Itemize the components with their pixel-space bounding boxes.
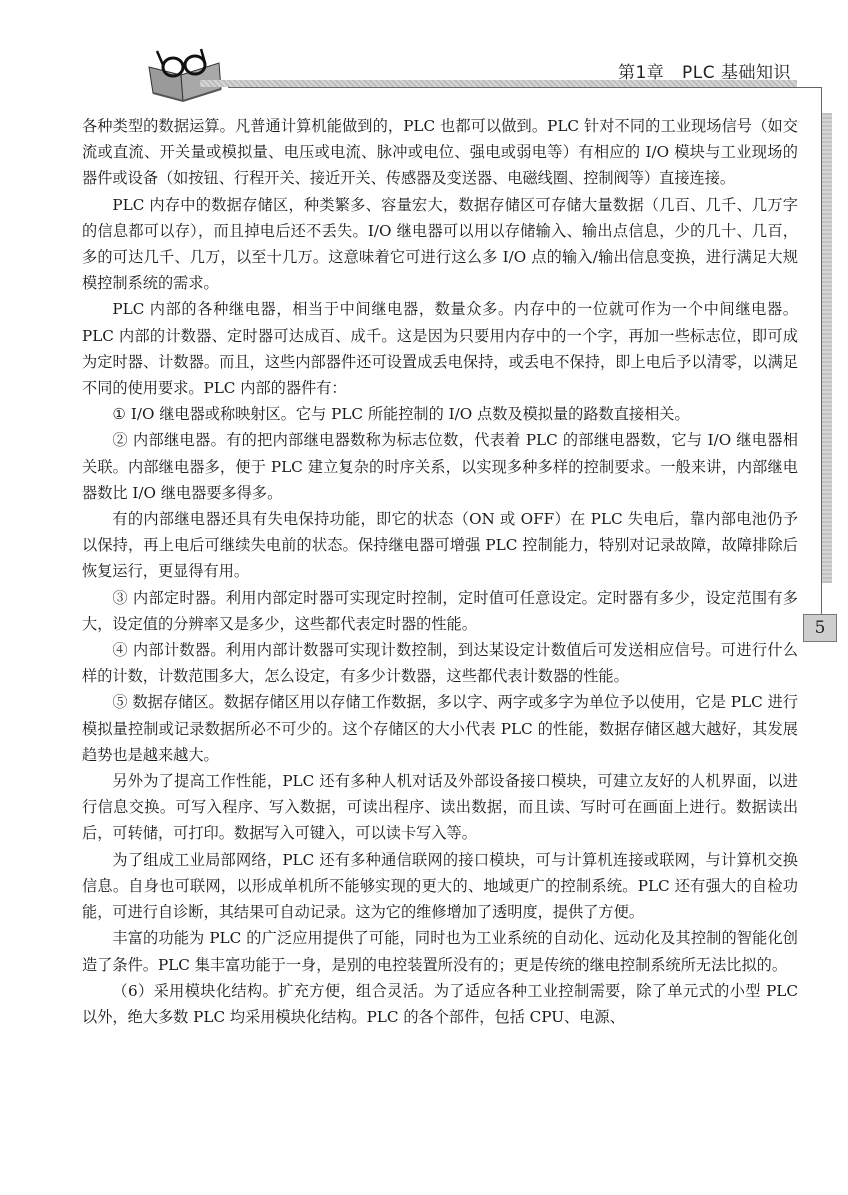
paragraph: 另外为了提高工作性能，PLC 还有多种人机对话及外部设备接口模块，可建立友好的人… xyxy=(82,768,798,847)
paragraph: ③ 内部定时器。利用内部定时器可实现定时控制，定时值可任意设定。定时器有多少，设… xyxy=(82,585,798,637)
paragraph: ① I/O 继电器或称映射区。它与 PLC 所能控制的 I/O 点数及模拟量的路… xyxy=(82,401,798,427)
frame-top-border xyxy=(228,87,821,88)
side-strip xyxy=(822,113,832,583)
page-number: 5 xyxy=(803,614,837,642)
paragraph: 各种类型的数据运算。凡普通计算机能做到的，PLC 也都可以做到。PLC 针对不同… xyxy=(82,113,798,192)
paragraph: （6）采用模块化结构。扩充方便，组合灵活。为了适应各种工业控制需要，除了单元式的… xyxy=(82,978,798,1030)
paragraph: PLC 内部的各种继电器，相当于中间继电器，数量众多。内存中的一位就可作为一个中… xyxy=(82,296,798,401)
book-glasses-icon xyxy=(145,45,225,103)
paragraph: 为了组成工业局部网络，PLC 还有多种通信联网的接口模块，可与计算机连接或联网，… xyxy=(82,847,798,926)
body-text: 各种类型的数据运算。凡普通计算机能做到的，PLC 也都可以做到。PLC 针对不同… xyxy=(82,113,798,1030)
paragraph: 有的内部继电器还具有失电保持功能，即它的状态（ON 或 OFF）在 PLC 失电… xyxy=(82,506,798,585)
paragraph: ④ 内部计数器。利用内部计数器可实现计数控制，到达某设定计数值后可发送相应信号。… xyxy=(82,637,798,689)
paragraph: ② 内部继电器。有的把内部继电器数称为标志位数，代表着 PLC 的部继电器数，它… xyxy=(82,427,798,506)
paragraph: ⑤ 数据存储区。数据存储区用以存储工作数据，多以字、两字或多字为单位予以使用，它… xyxy=(82,689,798,768)
paragraph: PLC 内存中的数据存储区，种类繁多、容量宏大，数据存储区可存储大量数据（几百、… xyxy=(82,192,798,297)
chapter-title: 第1章 PLC 基础知识 xyxy=(618,58,791,83)
paragraph: 丰富的功能为 PLC 的广泛应用提供了可能，同时也为工业系统的自动化、远动化及其… xyxy=(82,925,798,977)
